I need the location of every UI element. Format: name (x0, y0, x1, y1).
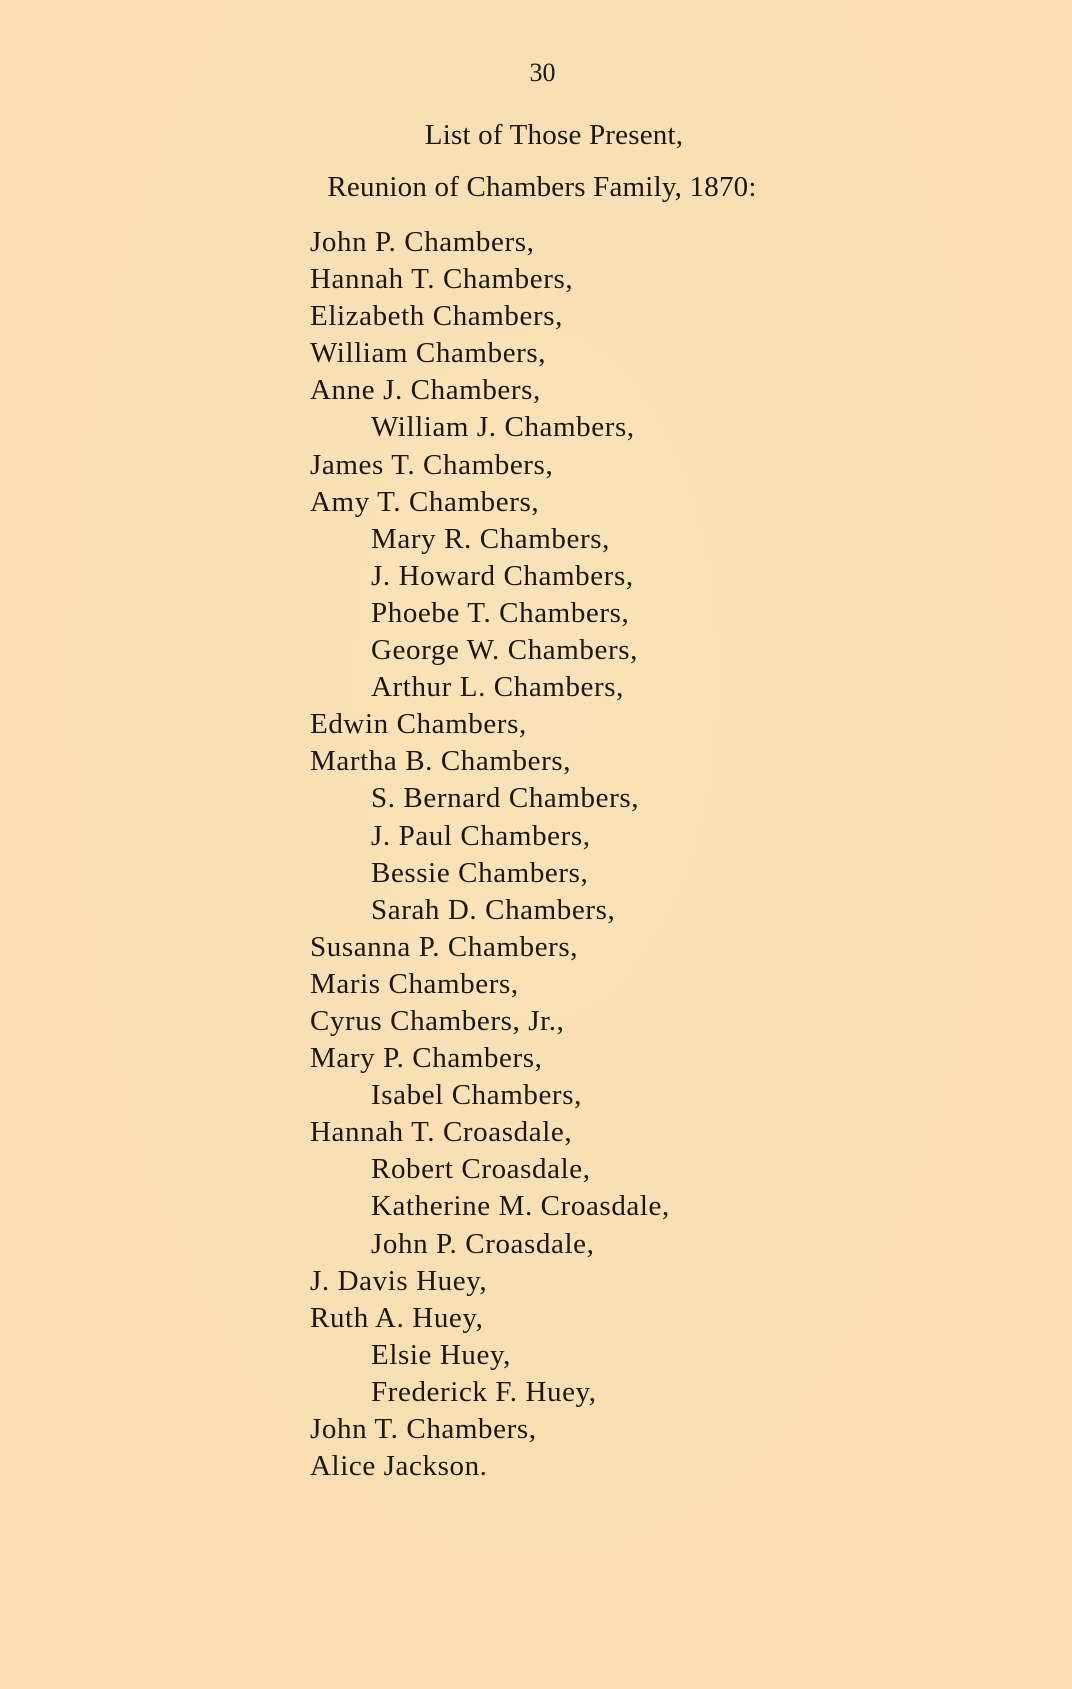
list-item: Edwin Chambers, (310, 706, 670, 743)
list-item: Anne J. Chambers, (310, 372, 670, 409)
page-title: List of Those Present, (18, 118, 1072, 152)
list-item: Frederick F. Huey, (310, 1374, 670, 1411)
list-item: John P. Chambers, (310, 224, 670, 261)
list-item: John P. Croasdale, (310, 1226, 670, 1263)
list-item: Maris Chambers, (310, 966, 670, 1003)
list-item: Mary P. Chambers, (310, 1040, 670, 1077)
list-item: Arthur L. Chambers, (310, 669, 670, 706)
list-item: James T. Chambers, (310, 447, 670, 484)
page-number: 30 (0, 58, 1072, 88)
list-item: John T. Chambers, (310, 1411, 670, 1448)
page-subtitle: Reunion of Chambers Family, 1870: (6, 170, 1072, 204)
list-item: Phoebe T. Chambers, (310, 595, 670, 632)
list-item: William J. Chambers, (310, 409, 670, 446)
list-item: George W. Chambers, (310, 632, 670, 669)
list-item: Robert Croasdale, (310, 1151, 670, 1188)
list-item: Hannah T. Chambers, (310, 261, 670, 298)
list-item: Mary R. Chambers, (310, 521, 670, 558)
list-item: Bessie Chambers, (310, 855, 670, 892)
list-item: Isabel Chambers, (310, 1077, 670, 1114)
list-item: Cyrus Chambers, Jr., (310, 1003, 670, 1040)
list-item: William Chambers, (310, 335, 670, 372)
list-item: Hannah T. Croasdale, (310, 1114, 670, 1151)
list-item: Sarah D. Chambers, (310, 892, 670, 929)
list-item: Amy T. Chambers, (310, 484, 670, 521)
list-item: Susanna P. Chambers, (310, 929, 670, 966)
book-page: 30 List of Those Present, Reunion of Cha… (0, 0, 1072, 1689)
list-item: J. Paul Chambers, (310, 818, 670, 855)
list-item: Alice Jackson. (310, 1448, 670, 1485)
list-item: S. Bernard Chambers, (310, 780, 670, 817)
list-item: Ruth A. Huey, (310, 1300, 670, 1337)
list-item: Katherine M. Croasdale, (310, 1188, 670, 1225)
list-item: Elizabeth Chambers, (310, 298, 670, 335)
list-item: J. Howard Chambers, (310, 558, 670, 595)
attendee-list: John P. Chambers, Hannah T. Chambers, El… (310, 224, 670, 1485)
list-item: J. Davis Huey, (310, 1263, 670, 1300)
list-item: Martha B. Chambers, (310, 743, 670, 780)
list-item: Elsie Huey, (310, 1337, 670, 1374)
